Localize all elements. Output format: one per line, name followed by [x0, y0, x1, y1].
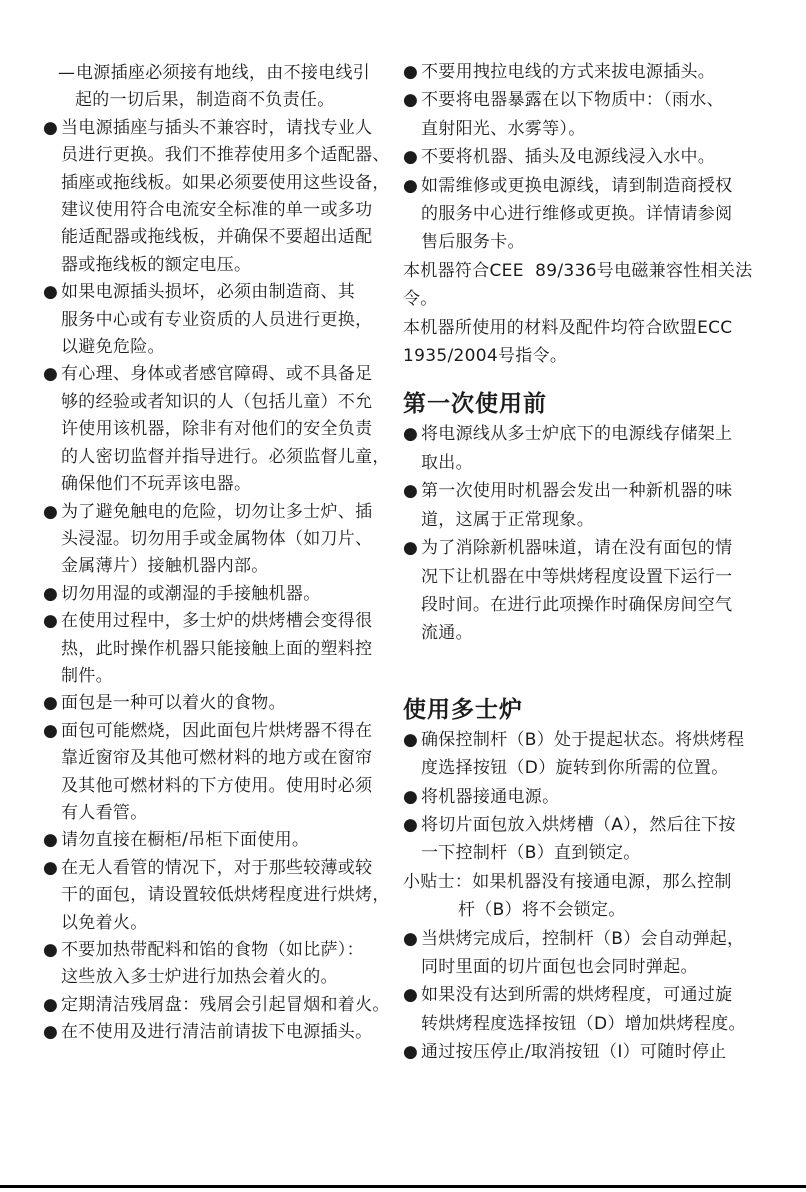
text-line: 以避免危险。 — [43, 334, 399, 361]
line-text: 令。 — [403, 289, 438, 309]
line-text: 直射阳光、水雾等）。 — [421, 119, 586, 139]
line-text: 插座或拖线板。如果必须要使用这些设备， — [61, 173, 390, 193]
line-text: 在使用过程中，多士炉的烘烤槽会变得很 — [61, 611, 372, 631]
line-text: 面包是一种可以着火的食物。 — [61, 693, 286, 713]
line-text: 小贴士：如果机器没有接通电源，那么控制 — [403, 872, 732, 892]
line-text: 电源插座必须接有地线，由不接电线引 — [76, 63, 370, 83]
line-text: 第一次使用前 — [403, 391, 547, 417]
line-text: 的服务中心进行维修或更换。详情请参阅 — [421, 204, 732, 224]
line-text: 杆（B）将不会锁定。 — [458, 900, 626, 920]
line-text: 确保控制杆（B）处于提起状态。将烘烤程 — [421, 730, 744, 750]
text-line: ●有心理、身体或者感官障碍、或不具备足 — [43, 361, 399, 388]
text-line: 况下让机器在中等烘烤程度设置下运行一 — [403, 563, 763, 591]
bullet-icon: ● — [43, 690, 61, 717]
line-text: 不要将电器暴露在以下物质中：（雨水、 — [421, 90, 724, 110]
line-text: 靠近窗帘及其他可燃材料的地方或在窗帘 — [61, 748, 372, 768]
bullet-icon: ● — [403, 172, 421, 200]
line-text: 有心理、身体或者感官障碍、或不具备足 — [61, 364, 372, 384]
line-text: 能适配器或拖线板，并确保不要超出适配 — [61, 227, 372, 247]
line-text: 取出。 — [421, 453, 473, 473]
line-text: 不要加热带配料和馅的食物（如比萨）： — [61, 940, 364, 960]
text-line: 度选择按钮（D）旋转到你所需的位置。 — [403, 754, 763, 782]
manual-page: —电源插座必须接有地线，由不接电线引起的一切后果，制造商不负责任。●当电源插座与… — [0, 0, 806, 1192]
line-text: 如果电源插头损坏，必须由制造商、其 — [61, 282, 355, 302]
text-line: ●将切片面包放入烘烤槽（A），然后往下按 — [403, 811, 763, 839]
line-text: 在无人看管的情况下，对于那些较薄或较 — [61, 858, 372, 878]
line-text: 售后服务卡。 — [421, 232, 525, 252]
bullet-icon: ● — [43, 361, 61, 388]
text-line: ●在无人看管的情况下，对于那些较薄或较 — [43, 855, 399, 882]
line-text: 制件。 — [61, 666, 113, 686]
bullet-icon: ● — [403, 1038, 421, 1066]
text-line: ●不要加热带配料和馅的食物（如比萨）： — [43, 937, 399, 964]
line-text: 确保他们不玩弄该电器。 — [61, 474, 251, 494]
line-text: 起的一切后果，制造商不负责任。 — [75, 90, 335, 110]
dash-icon: — — [58, 60, 76, 87]
text-line: ●如果电源插头损坏，必须由制造商、其 — [43, 279, 399, 306]
text-line: 本机器所使用的材料及配件均符合欧盟ECC — [403, 314, 763, 342]
line-text: 道，这属于正常现象。 — [421, 510, 594, 530]
line-text: 服务中心或有专业资质的人员进行更换， — [61, 310, 372, 330]
text-line: ●将电源线从多士炉底下的电源线存储架上 — [403, 420, 763, 448]
bullet-icon: ● — [43, 279, 61, 306]
text-line: 这些放入多士炉进行加热会着火的。 — [43, 964, 399, 991]
text-line: 够的经验或者知识的人（包括儿童）不允 — [43, 389, 399, 416]
text-line: ●通过按压停止/取消按钮（I）可随时停止 — [403, 1038, 763, 1066]
text-line: ●不要将电器暴露在以下物质中：（雨水、 — [403, 86, 763, 114]
line-text: 以免着火。 — [61, 913, 148, 933]
line-text: 当烘烤完成后，控制杆（B）会自动弹起， — [421, 929, 744, 949]
text-line: 建议使用符合电流安全标准的单一或多功 — [43, 197, 399, 224]
text-line: 转烘烤程度选择按钮（D）增加烘烤程度。 — [403, 1010, 763, 1038]
line-text: 及其他可燃材料的下方使用。使用时必须 — [61, 776, 372, 796]
section-heading: 第一次使用前 — [403, 388, 763, 420]
text-line: 靠近窗帘及其他可燃材料的地方或在窗帘 — [43, 745, 399, 772]
text-line: 干的面包，请设置较低烘烤程度进行烘烤， — [43, 882, 399, 909]
text-line: 制件。 — [43, 663, 399, 690]
bullet-icon: ● — [403, 534, 421, 562]
line-text: 干的面包，请设置较低烘烤程度进行烘烤， — [61, 885, 390, 905]
bullet-icon: ● — [43, 581, 61, 608]
text-line: ●面包是一种可以着火的食物。 — [43, 690, 399, 717]
right-column: ●不要用拽拉电线的方式来拔电源插头。●不要将电器暴露在以下物质中：（雨水、直射阳… — [403, 58, 763, 1067]
text-line: 令。 — [403, 285, 763, 313]
bullet-icon: ● — [43, 827, 61, 854]
bullet-icon: ● — [403, 811, 421, 839]
line-text: 通过按压停止/取消按钮（I）可随时停止 — [421, 1042, 726, 1062]
text-line: 以免着火。 — [43, 910, 399, 937]
text-line: 同时里面的切片面包也会同时弹起。 — [403, 953, 763, 981]
text-line: 的服务中心进行维修或更换。详情请参阅 — [403, 200, 763, 228]
bullet-icon: ● — [403, 58, 421, 86]
line-text: 本机器所使用的材料及配件均符合欧盟ECC — [403, 318, 732, 338]
text-line: ●确保控制杆（B）处于提起状态。将烘烤程 — [403, 726, 763, 754]
bullet-icon: ● — [403, 726, 421, 754]
line-text: 转烘烤程度选择按钮（D）增加烘烤程度。 — [421, 1014, 746, 1034]
line-text: 在不使用及进行清洁前请拔下电源插头。 — [61, 1022, 372, 1042]
bullet-icon: ● — [43, 718, 61, 745]
text-line: ●当电源插座与插头不兼容时，请找专业人 — [43, 115, 399, 142]
line-text: 一下控制杆（B）直到锁定。 — [421, 843, 641, 863]
text-line: ●如果没有达到所需的烘烤程度，可通过旋 — [403, 981, 763, 1009]
line-text: 将电源线从多士炉底下的电源线存储架上 — [421, 424, 732, 444]
line-text: 本机器符合CEE 89/336号电磁兼容性相关法 — [403, 261, 752, 281]
text-line: ●切勿用湿的或潮湿的手接触机器。 — [43, 581, 399, 608]
text-line: ●定期清洁残屑盘：残屑会引起冒烟和着火。 — [43, 992, 399, 1019]
text-line: 热，此时操作机器只能接触上面的塑料控 — [43, 636, 399, 663]
line-text: 有人看管。 — [61, 803, 148, 823]
line-text: 员进行更换。我们不推荐使用多个适配器、 — [61, 145, 390, 165]
bullet-icon: ● — [403, 86, 421, 114]
line-text: 如果没有达到所需的烘烤程度，可通过旋 — [421, 985, 732, 1005]
text-line: ●如需维修或更换电源线，请到制造商授权 — [403, 172, 763, 200]
bullet-icon: ● — [403, 981, 421, 1009]
line-text: 不要将机器、插头及电源线浸入水中。 — [421, 147, 715, 167]
line-text: 将机器接通电源。 — [421, 787, 559, 807]
text-line: ●当烘烤完成后，控制杆（B）会自动弹起， — [403, 925, 763, 953]
bullet-icon: ● — [403, 925, 421, 953]
text-line: 服务中心或有专业资质的人员进行更换， — [43, 307, 399, 334]
bullet-icon: ● — [403, 143, 421, 171]
line-text: 够的经验或者知识的人（包括儿童）不允 — [61, 392, 372, 412]
text-line: ●面包可能燃烧，因此面包片烘烤器不得在 — [43, 718, 399, 745]
section-heading: 使用多士炉 — [403, 694, 763, 726]
text-line: 直射阳光、水雾等）。 — [403, 115, 763, 143]
line-text: 1935/2004号指令。 — [403, 346, 567, 366]
bullet-icon: ● — [43, 1019, 61, 1046]
text-line: 有人看管。 — [43, 800, 399, 827]
bullet-icon: ● — [403, 477, 421, 505]
line-text: 许使用该机器，除非有对他们的安全负责 — [61, 419, 372, 439]
text-line: —电源插座必须接有地线，由不接电线引 — [43, 60, 399, 87]
line-text: 流通。 — [421, 623, 473, 643]
text-line: 许使用该机器，除非有对他们的安全负责 — [43, 416, 399, 443]
text-line: 段时间。在进行此项操作时确保房间空气 — [403, 591, 763, 619]
line-text: 切勿用湿的或潮湿的手接触机器。 — [61, 584, 321, 604]
line-text: 度选择按钮（D）旋转到你所需的位置。 — [421, 758, 729, 778]
line-text: 不要用拽拉电线的方式来拔电源插头。 — [421, 62, 715, 82]
line-text: 面包可能燃烧，因此面包片烘烤器不得在 — [61, 721, 372, 741]
bullet-icon: ● — [43, 855, 61, 882]
line-text: 段时间。在进行此项操作时确保房间空气 — [421, 595, 732, 615]
text-line: 小贴士：如果机器没有接通电源，那么控制 — [403, 868, 763, 896]
line-text: 使用多士炉 — [403, 697, 523, 723]
line-text: 以避免危险。 — [61, 337, 165, 357]
line-text: 为了消除新机器味道，请在没有面包的情 — [421, 538, 732, 558]
bullet-icon: ● — [43, 608, 61, 635]
line-text: 建议使用符合电流安全标准的单一或多功 — [61, 200, 372, 220]
text-line: ●请勿直接在橱柜/吊柜下面使用。 — [43, 827, 399, 854]
text-line: 器或拖线板的额定电压。 — [43, 252, 399, 279]
text-line: 员进行更换。我们不推荐使用多个适配器、 — [43, 142, 399, 169]
bullet-icon: ● — [403, 420, 421, 448]
line-text: 第一次使用时机器会发出一种新机器的味 — [421, 481, 732, 501]
line-text: 为了避免触电的危险，切勿让多士炉、插 — [61, 502, 372, 522]
line-text: 况下让机器在中等烘烤程度设置下运行一 — [421, 567, 732, 587]
page-bottom-rule — [0, 1185, 806, 1188]
text-line: 的人密切监督并指导进行。必须监督儿童， — [43, 444, 399, 471]
text-line: ●第一次使用时机器会发出一种新机器的味 — [403, 477, 763, 505]
line-text: 请勿直接在橱柜/吊柜下面使用。 — [61, 830, 309, 850]
text-line: ●为了消除新机器味道，请在没有面包的情 — [403, 534, 763, 562]
bullet-icon: ● — [43, 115, 61, 142]
text-line: 一下控制杆（B）直到锁定。 — [403, 839, 763, 867]
text-line: 头浸湿。切勿用手或金属物体（如刀片、 — [43, 526, 399, 553]
text-line: ●不要将机器、插头及电源线浸入水中。 — [403, 143, 763, 171]
text-line: ●为了避免触电的危险，切勿让多士炉、插 — [43, 499, 399, 526]
text-line: 售后服务卡。 — [403, 228, 763, 256]
text-line: 流通。 — [403, 619, 763, 647]
text-line: ●在使用过程中，多士炉的烘烤槽会变得很 — [43, 608, 399, 635]
bullet-icon: ● — [43, 992, 61, 1019]
text-line: 道，这属于正常现象。 — [403, 506, 763, 534]
text-line: 杆（B）将不会锁定。 — [403, 896, 763, 924]
line-text: 头浸湿。切勿用手或金属物体（如刀片、 — [61, 529, 372, 549]
line-text: 当电源插座与插头不兼容时，请找专业人 — [61, 118, 372, 138]
line-text: 的人密切监督并指导进行。必须监督儿童， — [61, 447, 390, 467]
line-text: 这些放入多士炉进行加热会着火的。 — [61, 967, 338, 987]
bullet-icon: ● — [43, 937, 61, 964]
text-line: 本机器符合CEE 89/336号电磁兼容性相关法 — [403, 257, 763, 285]
line-text: 将切片面包放入烘烤槽（A），然后往下按 — [421, 815, 736, 835]
left-column: —电源插座必须接有地线，由不接电线引起的一切后果，制造商不负责任。●当电源插座与… — [43, 60, 399, 1047]
text-line: 能适配器或拖线板，并确保不要超出适配 — [43, 224, 399, 251]
text-line: ●在不使用及进行清洁前请拔下电源插头。 — [43, 1019, 399, 1046]
line-text: 如需维修或更换电源线，请到制造商授权 — [421, 176, 732, 196]
line-text: 热，此时操作机器只能接触上面的塑料控 — [61, 639, 372, 659]
text-line: ●将机器接通电源。 — [403, 783, 763, 811]
text-line: 金属薄片）接触机器内部。 — [43, 553, 399, 580]
text-line: 确保他们不玩弄该电器。 — [43, 471, 399, 498]
line-text: 定期清洁残屑盘：残屑会引起冒烟和着火。 — [61, 995, 390, 1015]
bullet-icon: ● — [43, 499, 61, 526]
text-line: 及其他可燃材料的下方使用。使用时必须 — [43, 773, 399, 800]
text-line: 插座或拖线板。如果必须要使用这些设备， — [43, 170, 399, 197]
line-text: 器或拖线板的额定电压。 — [61, 255, 251, 275]
bullet-icon: ● — [403, 783, 421, 811]
text-line: 1935/2004号指令。 — [403, 342, 763, 370]
text-line: 起的一切后果，制造商不负责任。 — [43, 87, 399, 114]
text-line: 取出。 — [403, 449, 763, 477]
line-text: 同时里面的切片面包也会同时弹起。 — [421, 957, 698, 977]
text-line: ●不要用拽拉电线的方式来拔电源插头。 — [403, 58, 763, 86]
line-text: 金属薄片）接触机器内部。 — [61, 556, 269, 576]
